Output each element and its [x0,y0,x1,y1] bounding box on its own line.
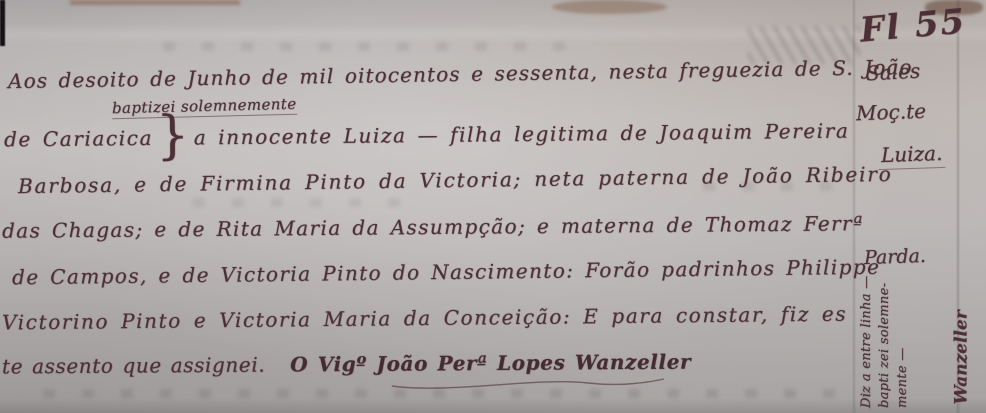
record-line-6: Victorino Pinto e Victoria Maria da Conc… [2,302,847,335]
insertion-bracket: } [156,130,191,140]
bottom-shadow-band [0,398,986,413]
margin-side-note: Diz a entre linha — bapti zei solemne- m… [858,275,935,408]
record-line-1: Aos desoito de Junho de mil oitocentos e… [8,55,913,93]
vicar-signature: O Vigº João Perª Lopes Wanzeller [290,350,691,377]
record-line-7: te assento que assignei. O Vigº João Per… [2,350,691,379]
margin-baptized-name: Luiza. [878,141,946,170]
record-line-3: Barbosa, e de Firmina Pinto da Victoria;… [18,162,893,198]
record-closing-text: te assento que assignei. [2,353,265,379]
margin-entry-2: Moç.te [856,99,927,125]
record-line-4: das Chagas; e de Rita Maria da Assumpção… [2,211,864,243]
margin-race-note: Parda. [864,245,927,269]
bleed-through-streak [150,42,580,51]
margin-side-signature: Wanzeller [952,290,980,405]
signature-flourish [388,376,668,392]
bleed-through-streak [180,198,420,207]
interline-insertion: baptizei solemnemente [112,95,297,120]
record-line-2-start: de Cariacica [4,126,153,152]
record-line-2-rest: a innocente Luiza — filha legitima de Jo… [194,119,850,150]
record-line-2: de Cariacica } a innocente Luiza — filha… [4,116,850,152]
left-edge-dark-sliver [0,0,5,46]
margin-entry-1: Sales [865,59,920,86]
manuscript-page: Aos desoito de Junho de mil oitocentos e… [0,0,986,413]
record-line-5: de Campos, e de Victoria Pinto do Nascim… [12,255,881,290]
top-center-stain [552,0,667,14]
top-edge-stain [70,0,240,5]
